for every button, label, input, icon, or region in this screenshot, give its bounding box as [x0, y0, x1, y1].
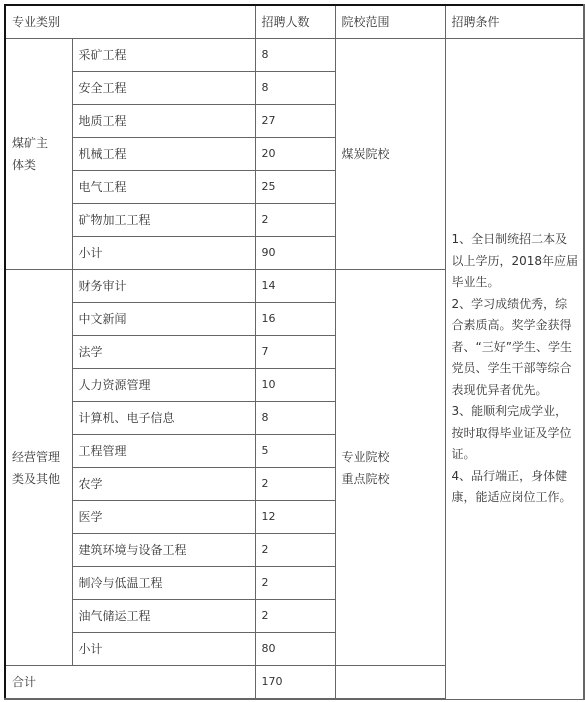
- major-cell: 电气工程: [72, 171, 255, 204]
- total-label: 合计: [5, 666, 255, 700]
- major-cell: 工程管理: [72, 435, 255, 468]
- major-cell: 农学: [72, 468, 255, 501]
- count-cell: 2: [255, 468, 335, 501]
- group-name-management: 经营管理类及其他: [5, 270, 72, 666]
- header-school-scope: 院校范围: [335, 5, 445, 39]
- count-cell: 8: [255, 72, 335, 105]
- school-scope-coal: 煤炭院校: [335, 39, 445, 270]
- count-cell: 27: [255, 105, 335, 138]
- major-cell: 财务审计: [72, 270, 255, 303]
- major-cell: 人力资源管理: [72, 369, 255, 402]
- total-count: 170: [255, 666, 335, 700]
- major-cell: 医学: [72, 501, 255, 534]
- count-cell: 25: [255, 171, 335, 204]
- count-cell: 2: [255, 204, 335, 237]
- count-cell: 2: [255, 534, 335, 567]
- subtotal-count: 80: [255, 633, 335, 666]
- condition-1: 1、全日制统招二本及以上学历，2018年应届毕业生。: [452, 229, 580, 294]
- major-cell: 制冷与低温工程: [72, 567, 255, 600]
- count-cell: 14: [255, 270, 335, 303]
- conditions-cell: 1、全日制统招二本及以上学历，2018年应届毕业生。 2、学习成绩优秀，综合素质…: [445, 39, 584, 700]
- table-row: 煤矿主体类 采矿工程 8 煤炭院校 1、全日制统招二本及以上学历，2018年应届…: [5, 39, 584, 72]
- major-cell: 中文新闻: [72, 303, 255, 336]
- school-scope-label: 煤炭院校: [342, 147, 390, 161]
- header-count: 招聘人数: [255, 5, 335, 39]
- count-cell: 2: [255, 600, 335, 633]
- subtotal-label: 小计: [72, 237, 255, 270]
- count-cell: 12: [255, 501, 335, 534]
- count-cell: 8: [255, 402, 335, 435]
- major-cell: 机械工程: [72, 138, 255, 171]
- major-cell: 油气储运工程: [72, 600, 255, 633]
- subtotal-label: 小计: [72, 633, 255, 666]
- header-conditions: 招聘条件: [445, 5, 584, 39]
- major-cell: 建筑环境与设备工程: [72, 534, 255, 567]
- condition-3: 3、能顺利完成学业，按时取得毕业证及学位证。: [452, 401, 580, 466]
- school-scope-management: 专业院校 重点院校: [335, 270, 445, 666]
- group-label: 经营管理类及其他: [12, 450, 60, 486]
- count-cell: 5: [255, 435, 335, 468]
- header-category: 专业类别: [5, 5, 255, 39]
- count-cell: 2: [255, 567, 335, 600]
- major-cell: 安全工程: [72, 72, 255, 105]
- major-cell: 法学: [72, 336, 255, 369]
- school-scope-label: 专业院校: [342, 446, 439, 468]
- major-cell: 采矿工程: [72, 39, 255, 72]
- count-cell: 10: [255, 369, 335, 402]
- group-name-coal: 煤矿主体类: [5, 39, 72, 270]
- condition-4: 4、品行端正，身体健康，能适应岗位工作。: [452, 466, 580, 509]
- school-scope-label: 重点院校: [342, 468, 439, 490]
- count-cell: 20: [255, 138, 335, 171]
- major-cell: 计算机、电子信息: [72, 402, 255, 435]
- major-cell: 地质工程: [72, 105, 255, 138]
- condition-2: 2、学习成绩优秀，综合素质高。奖学金获得者、“三好”学生、学生党员、学生干部等综…: [452, 294, 580, 402]
- recruitment-table: 专业类别 招聘人数 院校范围 招聘条件 煤矿主体类 采矿工程 8 煤炭院校 1、…: [4, 4, 585, 700]
- major-cell: 矿物加工工程: [72, 204, 255, 237]
- count-cell: 8: [255, 39, 335, 72]
- header-row: 专业类别 招聘人数 院校范围 招聘条件: [5, 5, 584, 39]
- count-cell: 7: [255, 336, 335, 369]
- total-school-scope: [335, 666, 445, 700]
- count-cell: 16: [255, 303, 335, 336]
- subtotal-count: 90: [255, 237, 335, 270]
- group-label: 煤矿主体类: [12, 136, 48, 172]
